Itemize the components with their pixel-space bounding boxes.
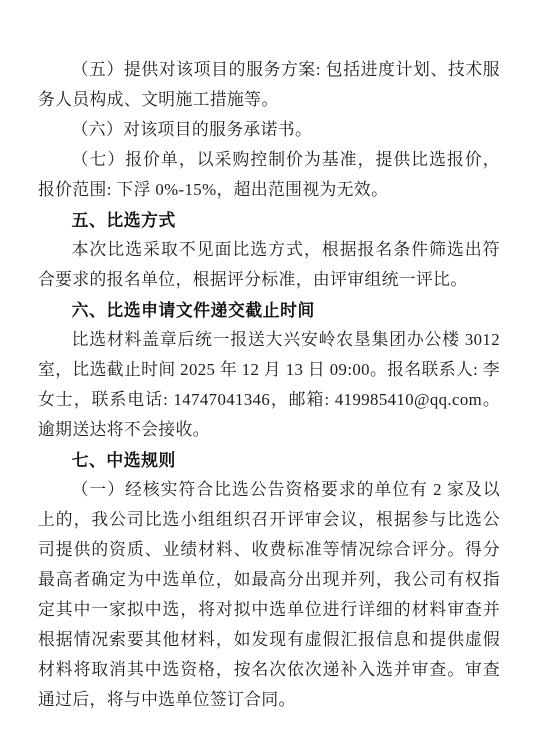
- paragraph-selection-method-body: 本次比选采取不见面比选方式，根据报名条件筛选出符合要求的报名单位，根据评分标准，…: [38, 235, 500, 295]
- heading-section-6-submission-deadline: 六、比选申请文件递交截止时间: [38, 295, 500, 325]
- document-page: （五）提供对该项目的服务方案: 包括进度计划、技术服务人员构成、文明施工措施等。…: [0, 0, 540, 742]
- paragraph-clause-7-quotation: （七）报价单，以采购控制价为基准，提供比选报价，报价范围: 下浮 0%-15%，…: [38, 145, 500, 205]
- paragraph-clause-6-service-commitment: （六）对该项目的服务承诺书。: [38, 115, 500, 145]
- paragraph-clause-5-service-plan: （五）提供对该项目的服务方案: 包括进度计划、技术服务人员构成、文明施工措施等。: [38, 55, 500, 115]
- paragraph-winning-rules-body: （一）经核实符合比选公告资格要求的单位有 2 家及以上的，我公司比选小组组织召开…: [38, 475, 500, 715]
- heading-section-7-winning-rules: 七、中选规则: [38, 445, 500, 475]
- heading-section-5-selection-method: 五、比选方式: [38, 205, 500, 235]
- paragraph-submission-deadline-body: 比选材料盖章后统一报送大兴安岭农垦集团办公楼 3012 室，比选截止时间 202…: [38, 325, 500, 445]
